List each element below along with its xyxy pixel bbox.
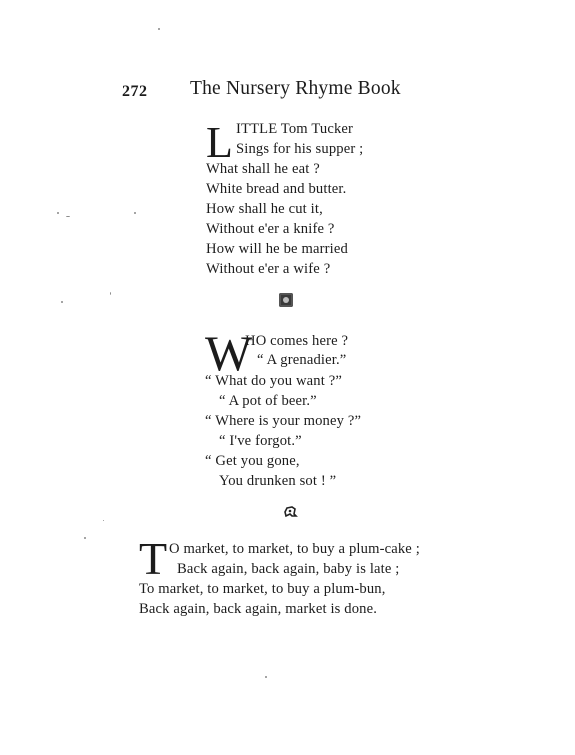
rhyme-line: What shall he eat ? <box>206 160 320 178</box>
rhyme-line: White bread and butter. <box>206 180 346 198</box>
scan-speck <box>57 212 59 214</box>
scan-speck <box>66 216 70 217</box>
rhyme-line: O market, to market, to buy a plum-cake … <box>169 540 420 558</box>
scan-speck <box>103 520 104 521</box>
rhyme-line: To market, to market, to buy a plum-bun, <box>139 580 386 598</box>
rhyme-line: “ A pot of beer.” <box>219 392 317 410</box>
rhyme-line: Back again, back again, market is done. <box>139 600 377 618</box>
rhyme-line: “ What do you want ?” <box>205 372 342 390</box>
rhyme-line: Without e'er a wife ? <box>206 260 330 278</box>
running-title: The Nursery Rhyme Book <box>190 78 401 100</box>
scan-speck <box>110 292 111 295</box>
rhyme-line: Without e'er a knife ? <box>206 220 335 238</box>
rhyme-line: How shall he cut it, <box>206 200 323 218</box>
rhyme-line: HO comes here ? <box>245 332 348 350</box>
rhyme-line: ITTLE Tom Tucker <box>236 120 353 138</box>
rhyme-line: “ Get you gone, <box>205 452 300 470</box>
rhyme-line: Back again, back again, baby is late ; <box>177 560 400 578</box>
rhyme-line: How will he be married <box>206 240 348 258</box>
scan-speck <box>265 676 267 678</box>
knot-ornament-icon <box>284 505 298 517</box>
scan-speck <box>134 212 136 214</box>
drop-cap: T <box>139 536 167 582</box>
rhyme-line: Sings for his supper ; <box>236 140 363 158</box>
page-header: 272 The Nursery Rhyme Book <box>0 78 575 104</box>
rhyme-line: “ A grenadier.” <box>257 351 346 369</box>
rhyme-line: “ Where is your money ?” <box>205 412 361 430</box>
scan-speck <box>84 537 86 539</box>
square-floral-ornament-icon <box>279 293 293 307</box>
book-page: 272 The Nursery Rhyme Book L ITTLE Tom T… <box>0 0 575 755</box>
scan-speck <box>158 28 160 30</box>
scan-speck <box>61 301 63 303</box>
page-number: 272 <box>122 83 148 101</box>
rhyme-line: “ I've forgot.” <box>219 432 302 450</box>
rhyme-line: You drunken sot ! ” <box>219 472 336 490</box>
